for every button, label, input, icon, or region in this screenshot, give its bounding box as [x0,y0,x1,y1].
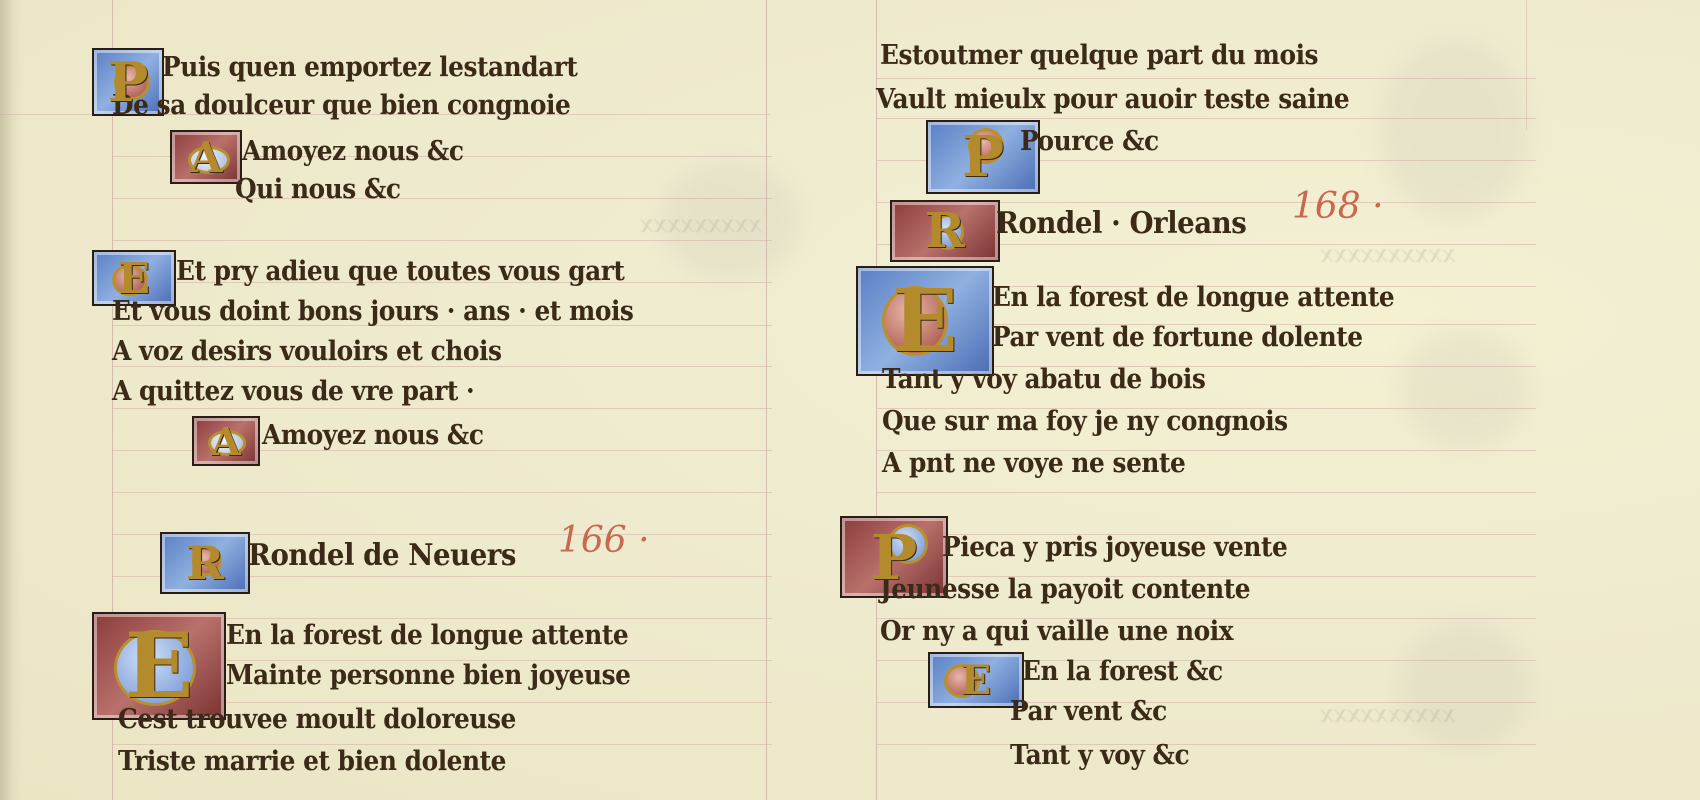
ruling-column-left-edge [766,0,767,800]
refrain-cue: Qui nous &c [235,174,401,205]
refrain-cue: En la forest &c [1022,656,1223,687]
parchment-stain [1400,330,1530,450]
illuminated-initial-a: A [170,130,242,184]
ruling-line [112,744,772,745]
illuminated-initial-a: A [192,416,260,466]
refrain-cue: Tant y voy &c [1010,740,1189,771]
verse-line: Et vous doint bons jours · ans · et mois [112,296,633,327]
ruling-column-right-start [876,0,877,800]
illuminated-initial-e-large: E [856,266,994,376]
parchment-stain [1400,620,1530,750]
binding-gutter-shadow [0,0,22,800]
ruling-line [112,492,772,493]
show-through-text: xxxxxxxxx [640,210,762,238]
refrain-cue: Pource &c [1020,126,1159,157]
verse-line: Que sur ma foy je ny congnois [882,406,1288,437]
verse-line: Vault mieulx pour auoir teste saine [876,84,1349,115]
show-through-text: xxxxxxxxxx [1320,240,1455,268]
verse-line: Et pry adieu que toutes vous gart [176,256,624,287]
verse-line: Pieca y pris joyeuse vente [942,532,1287,563]
verse-line: Puis quen emportez lestandart [162,52,577,83]
ruling-line [876,744,1536,745]
verse-line: A quittez vous de vre part · [112,376,474,407]
refrain-cue: Par vent &c [1010,696,1167,727]
verse-line: Jeunesse la payoit contente [880,574,1250,605]
folio-number: 168 · [1292,186,1384,227]
verse-line: En la forest de longue attente [992,282,1394,313]
verse-line: Triste marrie et bien dolente [118,746,506,777]
parchment-stain [1380,40,1530,220]
illuminated-initial-r: R [160,532,250,594]
verse-line: Estoutmer quelque part du mois [880,40,1318,71]
show-through-text: xxxxxxxxxx [1320,700,1455,728]
rondel-heading: Rondel de Neuers [248,538,516,573]
verse-line: A pnt ne voye ne sente [882,448,1185,479]
rondel-heading: Rondel · Orleans [996,206,1246,241]
verse-line: De sa doulceur que bien congnoie [112,90,570,121]
ruling-line [876,492,1536,493]
refrain-cue: Amoyez nous &c [242,136,464,167]
verse-line: Mainte personne bien joyeuse [226,660,630,691]
folio-number: 166 · [558,520,650,561]
verse-line: En la forest de longue attente [226,620,628,651]
verse-line: Or ny a qui vaille une noix [880,616,1233,647]
refrain-cue: Amoyez nous &c [262,420,484,451]
verse-line: A voz desirs vouloirs et chois [112,336,502,367]
illuminated-initial-r: R [890,200,1000,262]
ruling-line [112,408,772,409]
verse-line: Par vent de fortune dolente [992,322,1363,353]
